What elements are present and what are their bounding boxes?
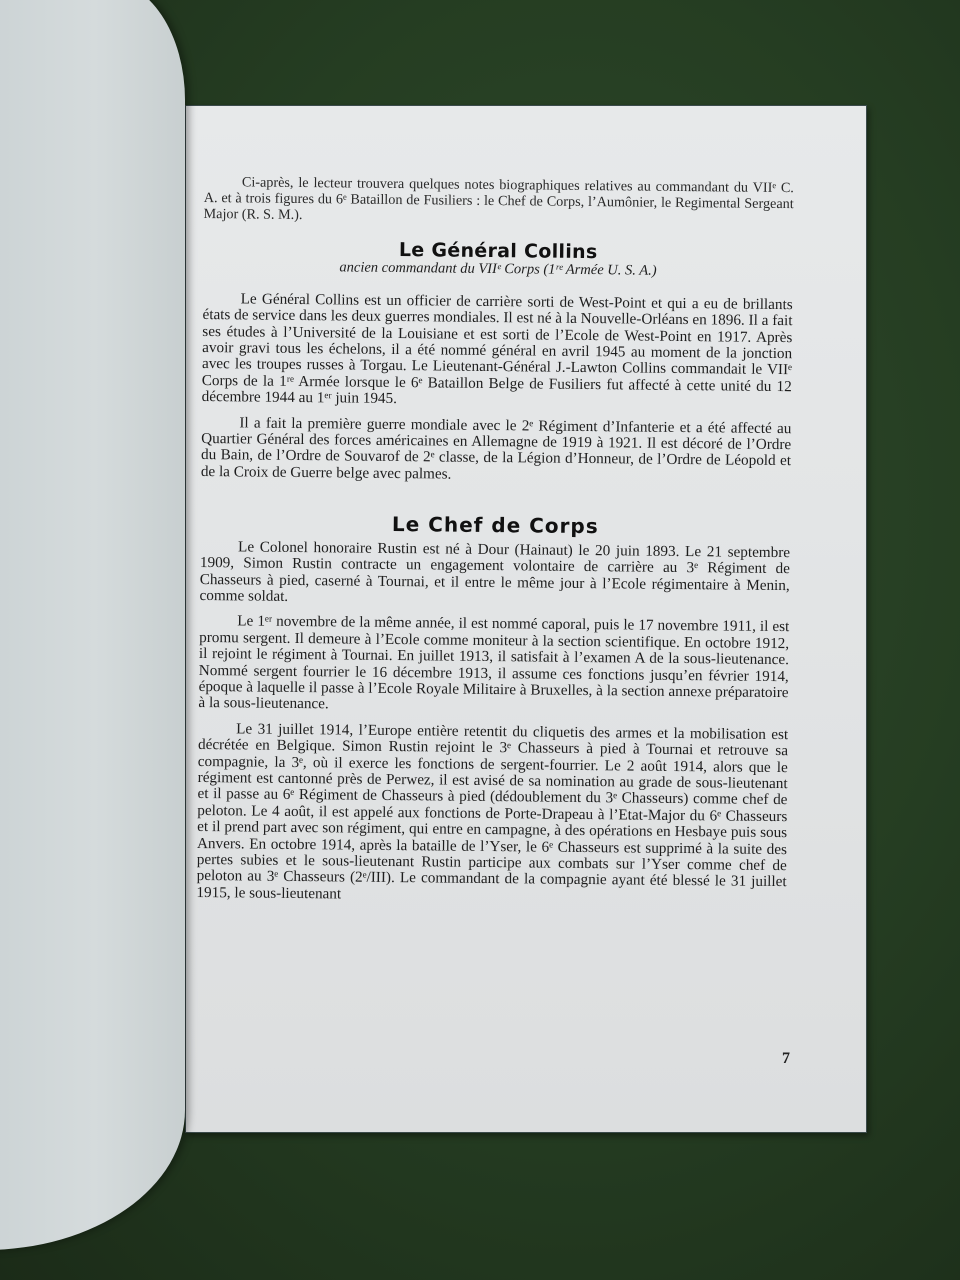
- collins-paragraph-2: Il a fait la première guerre mondiale av…: [201, 415, 792, 487]
- chef-paragraph-2: Le 1ᵉʳ novembre de la même année, il est…: [198, 613, 789, 718]
- page-content: Ci-après, le lecteur trouvera quelques n…: [196, 174, 794, 916]
- intro-paragraph: Ci-après, le lecteur trouvera quelques n…: [203, 174, 793, 228]
- section-subtitle-collins: ancien commandant du VIIᵉ Corps (1ʳᵉ Arm…: [203, 258, 793, 281]
- collins-paragraph-1: Le Général Collins est un officier de ca…: [202, 291, 793, 412]
- section-title-chef-de-corps: Le Chef de Corps: [200, 514, 790, 537]
- page-number: 7: [782, 1050, 790, 1068]
- left-page-curl: [0, 0, 185, 1250]
- chef-paragraph-1: Le Colonel honoraire Rustin est né à Dou…: [199, 539, 790, 611]
- chef-paragraph-3: Le 31 juillet 1914, l’Europe entière ret…: [196, 721, 788, 908]
- book-page: Ci-après, le lecteur trouvera quelques n…: [185, 105, 867, 1133]
